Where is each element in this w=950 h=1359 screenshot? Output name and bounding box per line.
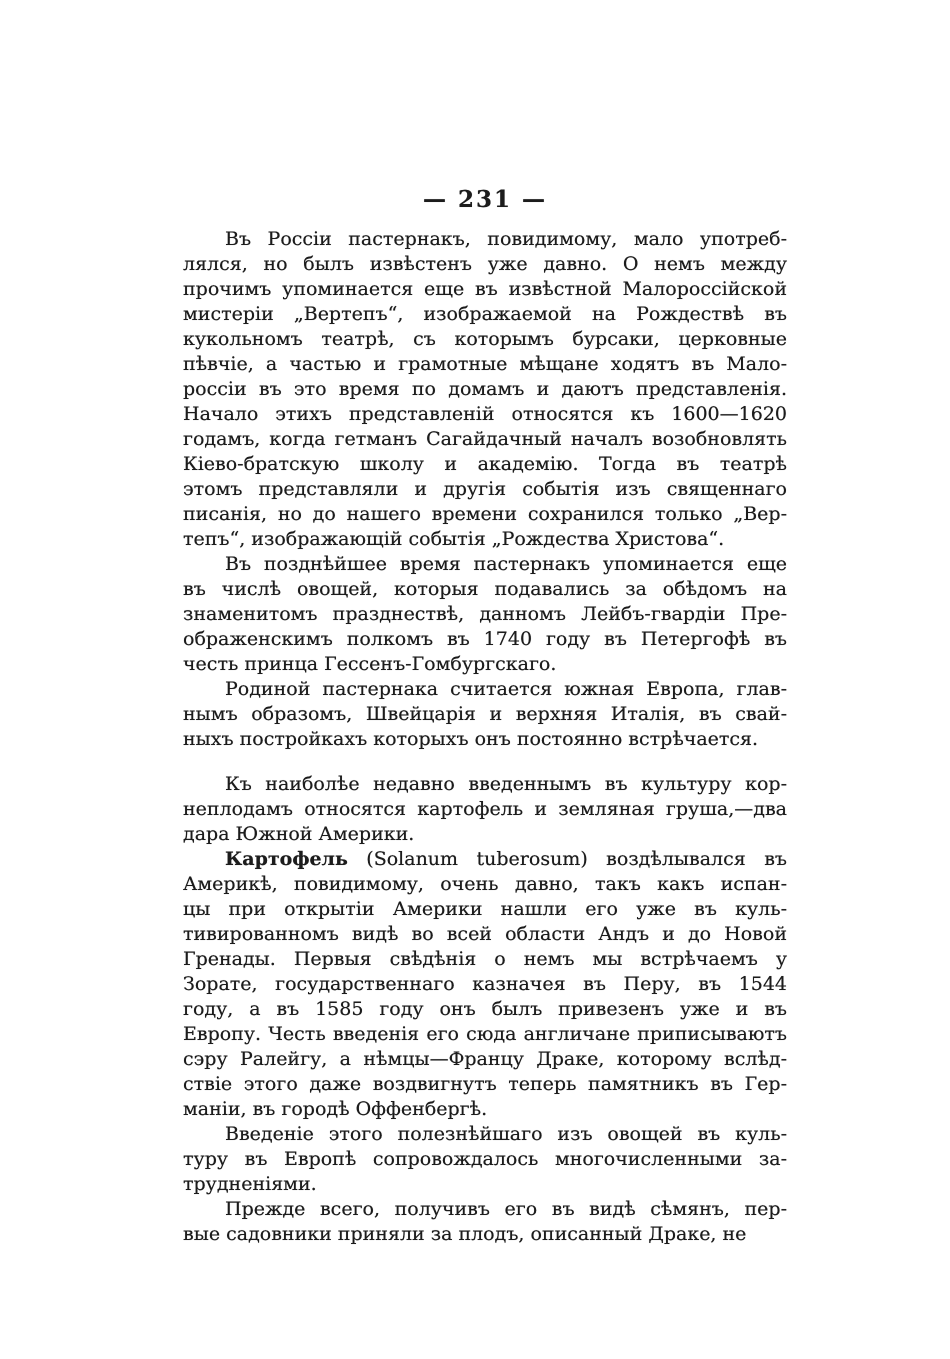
paragraph: Въ Россіи пастернакъ, повидимому, мало у… <box>183 227 787 552</box>
text-line: Введеніе этого полезнѣйшаго изъ овощей в… <box>183 1122 787 1147</box>
paragraph: Введеніе этого полезнѣйшаго изъ овощей в… <box>183 1122 787 1197</box>
text-line: туру въ Европѣ сопровождалось многочисле… <box>183 1147 787 1172</box>
text-line: году, а въ 1585 году онъ былъ привезенъ … <box>183 997 787 1022</box>
page-number: — 231 — <box>183 186 787 213</box>
text-line: нымъ образомъ, Швейцарія и верхняя Италі… <box>183 702 787 727</box>
paragraph: Картофель (Solanum tuberosum) воздѣлывал… <box>183 847 787 1122</box>
paragraph: Прежде всего, получивъ его въ видѣ сѣмян… <box>183 1197 787 1247</box>
text-line: въ числѣ овощей, которыя подавались за о… <box>183 577 787 602</box>
bold-term: Картофель <box>225 848 348 870</box>
text-line: годамъ, когда гетманъ Сагайдачный началъ… <box>183 427 787 452</box>
text-line: сэру Ралейгу, а нѣмцы—Францу Драке, кото… <box>183 1047 787 1072</box>
text-line: Картофель (Solanum tuberosum) воздѣлывал… <box>183 847 787 872</box>
text-line: лялся, но былъ извѣстенъ уже давно. О не… <box>183 252 787 277</box>
text-line: ныхъ постройкахъ которыхъ онъ постоянно … <box>183 727 787 752</box>
body-text: Въ Россіи пастернакъ, повидимому, мало у… <box>183 227 787 1247</box>
text-line: Зорате, государственнаго казначея въ Пер… <box>183 972 787 997</box>
text-line: вые садовники приняли за плодъ, описанны… <box>183 1222 787 1247</box>
text-line: Гренады. Первыя свѣдѣнія о немъ мы встрѣ… <box>183 947 787 972</box>
text-line: пѣвчіе, а частью и грамотные мѣщане ходя… <box>183 352 787 377</box>
text-line: Прежде всего, получивъ его въ видѣ сѣмян… <box>183 1197 787 1222</box>
text-line: прочимъ упоминается еще въ извѣстной Мал… <box>183 277 787 302</box>
paragraph: Къ наиболѣе недавно введеннымъ въ культу… <box>183 772 787 847</box>
text-line: Начало этихъ представленій относятся къ … <box>183 402 787 427</box>
text-line: этомъ представляли и другія событія изъ … <box>183 477 787 502</box>
text-line: честь принца Гессенъ-Гомбургскаго. <box>183 652 787 677</box>
paragraph: Родиной пастернака считается южная Европ… <box>183 677 787 752</box>
text-segment: (Solanum tuberosum) воздѣлывался въ <box>348 848 787 870</box>
text-line: Родиной пастернака считается южная Европ… <box>183 677 787 702</box>
text-line: писанія, но до нашего времени сохранился… <box>183 502 787 527</box>
text-line: маніи, въ городѣ Оффенбергѣ. <box>183 1097 787 1122</box>
text-line: кукольномъ театрѣ, съ которымъ бурсаки, … <box>183 327 787 352</box>
text-line: Въ позднѣйшее время пастернакъ упоминает… <box>183 552 787 577</box>
text-line: дара Южной Америки. <box>183 822 787 847</box>
book-page: — 231 — Въ Россіи пастернакъ, повидимому… <box>0 0 950 1359</box>
text-line: Америкѣ, повидимому, очень давно, такъ к… <box>183 872 787 897</box>
text-line: неплодамъ относятся картофель и земляная… <box>183 797 787 822</box>
text-line: мистеріи „Вертепъ“, изображаемой на Рожд… <box>183 302 787 327</box>
text-line: тивированномъ видѣ во всей области Андъ … <box>183 922 787 947</box>
text-line: ображенскимъ полкомъ въ 1740 году въ Пет… <box>183 627 787 652</box>
paragraph: Въ позднѣйшее время пастернакъ упоминает… <box>183 552 787 677</box>
text-line: Въ Россіи пастернакъ, повидимому, мало у… <box>183 227 787 252</box>
text-line: цы при открытіи Америки нашли его уже въ… <box>183 897 787 922</box>
text-line: Европу. Честь введенія его сюда англичан… <box>183 1022 787 1047</box>
text-line: ствіе этого даже воздвигнутъ теперь памя… <box>183 1072 787 1097</box>
text-line: тепъ“, изображающій событія „Рождества Х… <box>183 527 787 552</box>
text-line: россіи въ это время по домамъ и даютъ пр… <box>183 377 787 402</box>
text-line: трудненіями. <box>183 1172 787 1197</box>
text-line: знаменитомъ празднествѣ, данномъ Лейбъ-г… <box>183 602 787 627</box>
text-line: Кіево-братскую школу и академію. Тогда в… <box>183 452 787 477</box>
text-line: Къ наиболѣе недавно введеннымъ въ культу… <box>183 772 787 797</box>
